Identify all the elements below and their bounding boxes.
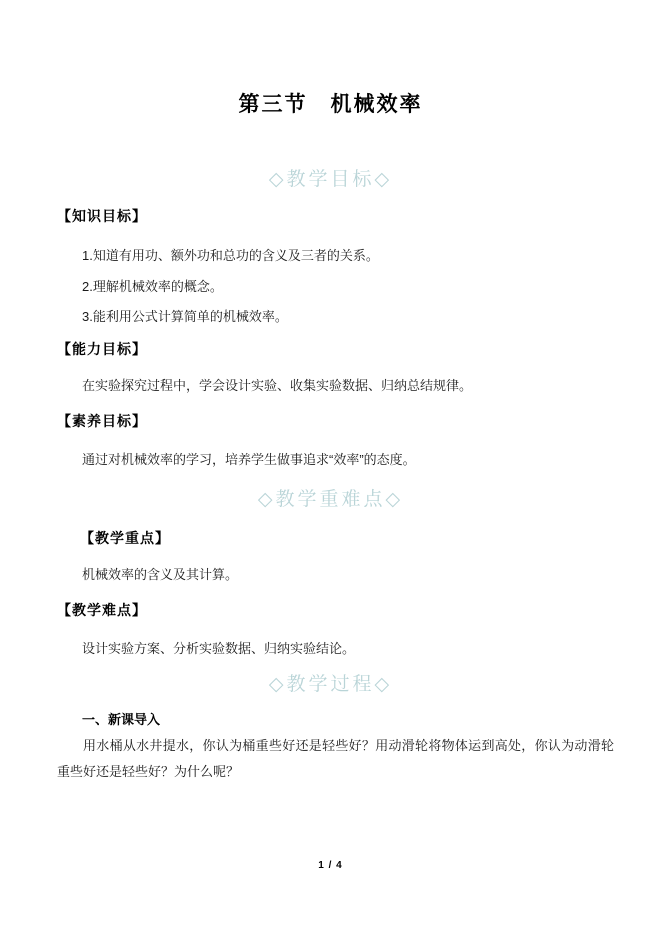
literacy-goal-label: 【素养目标】 xyxy=(57,411,147,431)
ability-goal-label: 【能力目标】 xyxy=(57,339,147,359)
page-number-indicator: 1 / 4 xyxy=(0,860,661,871)
literacy-goal-text: 通过对机械效率的学习，培养学生做事追求“效率”的态度。 xyxy=(82,449,416,468)
knowledge-goal-item-3: 3.能利用公式计算简单的机械效率。 xyxy=(82,306,288,325)
lead-in-step-title: 一、新课导入 xyxy=(82,709,160,728)
knowledge-goal-item-1: 1.知道有用功、额外功和总功的含义及三者的关系。 xyxy=(82,245,379,264)
section-heading-key-difficult-points: ◇教学重难点◇ xyxy=(0,484,661,511)
knowledge-goal-label: 【知识目标】 xyxy=(57,206,147,226)
document-title: 第三节 机械效率 xyxy=(0,88,661,118)
teaching-focus-label: 【教学重点】 xyxy=(80,528,170,548)
section-heading-teaching-objectives: ◇教学目标◇ xyxy=(0,164,661,191)
teaching-difficulty-text: 设计实验方案、分析实验数据、归纳实验结论。 xyxy=(82,638,355,657)
knowledge-goal-item-2: 2.理解机械效率的概念。 xyxy=(82,276,223,295)
section-heading-teaching-process: ◇教学过程◇ xyxy=(0,669,661,696)
ability-goal-text: 在实验探究过程中，学会设计实验、收集实验数据、归纳总结规律。 xyxy=(82,375,472,394)
teaching-focus-text: 机械效率的含义及其计算。 xyxy=(82,564,238,583)
document-page: 第三节 机械效率 ◇教学目标◇ 【知识目标】 1.知道有用功、额外功和总功的含义… xyxy=(0,0,661,935)
teaching-difficulty-label: 【教学难点】 xyxy=(57,600,147,620)
lead-in-paragraph: 用水桶从水井提水，你认为桶重些好还是轻些好？用动滑轮将物体运到高处，你认为动滑轮… xyxy=(57,733,614,785)
